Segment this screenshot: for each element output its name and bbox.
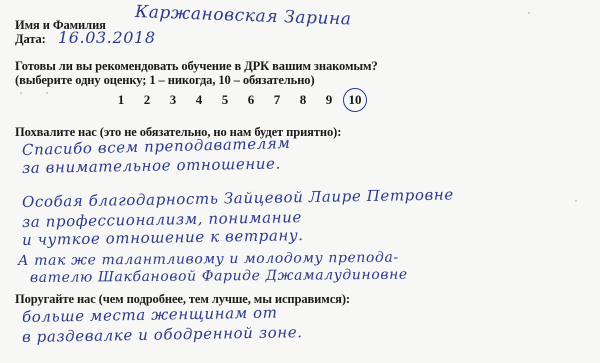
rating-option-9[interactable]: 9 — [316, 92, 342, 108]
criticism-line-2: в раздевалке и ободренной зоне. — [22, 323, 303, 346]
praise-line-6: А так же талантливому и молодому препода… — [18, 250, 399, 269]
rating-option-6[interactable]: 6 — [238, 92, 264, 108]
criticism-line-1: больше места женщинам от — [22, 304, 278, 326]
praise-line-7: вателю Шакбановой Фариде Джамалудиновне — [30, 267, 408, 286]
rating-option-7[interactable]: 7 — [264, 92, 290, 108]
rating-option-4[interactable]: 4 — [186, 92, 212, 108]
rating-option-10-selected[interactable]: 10 — [342, 92, 368, 108]
recommend-hint: (выберите одну оценку; 1 – никогда, 10 –… — [15, 73, 315, 88]
scan-speck — [528, 12, 530, 14]
scan-speck — [20, 92, 22, 94]
rating-option-2[interactable]: 2 — [134, 92, 160, 108]
name-value: Каржановская Зарина — [135, 2, 352, 30]
scan-speck — [46, 92, 48, 94]
praise-line-5: и чуткое отношение к ветрану. — [22, 226, 304, 249]
rating-option-1[interactable]: 1 — [108, 92, 134, 108]
rating-option-5[interactable]: 5 — [212, 92, 238, 108]
rating-scale: 1 2 3 4 5 6 7 8 9 10 — [108, 92, 368, 108]
date-label: Дата: — [15, 32, 46, 47]
scan-speck — [575, 200, 577, 202]
date-value: 16.03.2018 — [58, 28, 156, 47]
rating-option-8[interactable]: 8 — [290, 92, 316, 108]
praise-line-3: Особая благодарность Зайцевой Лаире Петр… — [22, 185, 454, 211]
praise-line-2: за внимательное отношение. — [22, 154, 281, 177]
rating-option-3[interactable]: 3 — [160, 92, 186, 108]
recommend-question: Готовы ли вы рекомендовать обучение в ДР… — [15, 59, 378, 74]
